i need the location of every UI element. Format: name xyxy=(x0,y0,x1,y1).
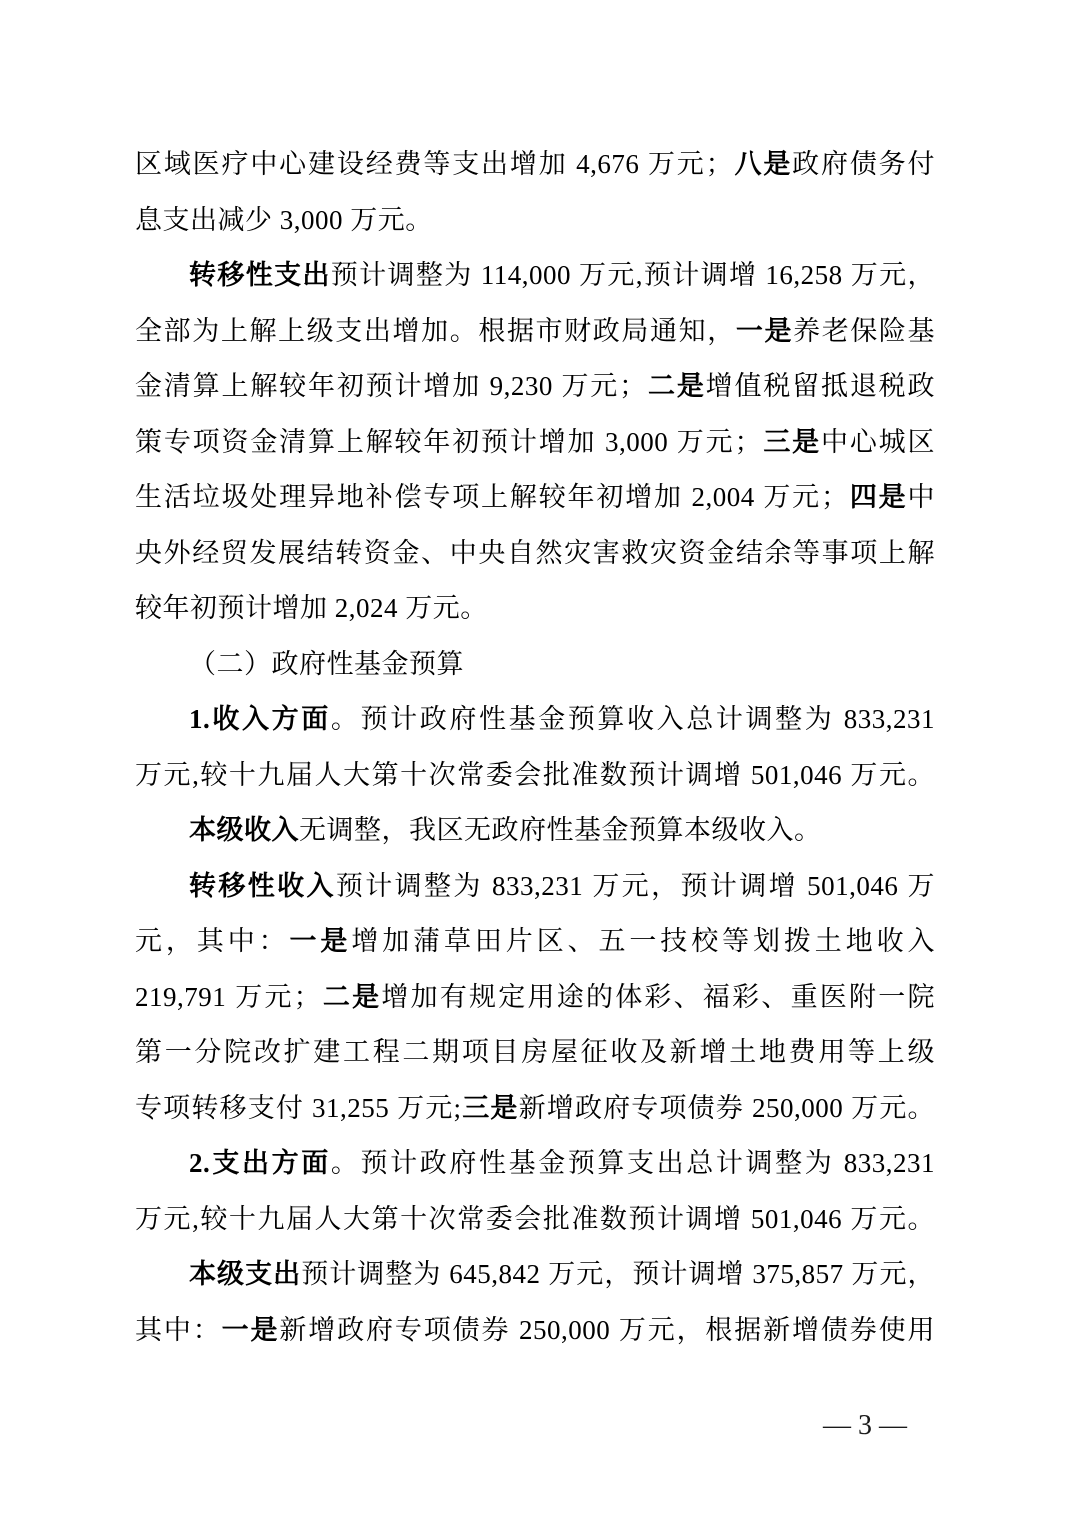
text-line: 金清算上解较年初预计增加 9,230 万元；二是增值税留抵退税政 xyxy=(135,359,935,415)
text-line: 万元,较十九届人大第十次常委会批准数预计调增 501,046 万元。 xyxy=(135,748,935,804)
text-run: 养老保险基 xyxy=(793,316,935,346)
bold-run: 一是 xyxy=(222,1315,280,1345)
bold-run: 2.支出方面 xyxy=(189,1148,331,1178)
text-line: 生活垃圾处理异地补偿专项上解较年初增加 2,004 万元；四是中 xyxy=(135,470,935,526)
text-run: 。预计政府性基金预算支出总计调整为 833,231 xyxy=(331,1148,935,1178)
text-line: 转移性支出预计调整为 114,000 万元,预计调增 16,258 万元， xyxy=(135,248,935,304)
text-run: 全部为上解上级支出增加。根据市财政局通知， xyxy=(135,316,736,346)
text-run: 中心城区 xyxy=(821,427,935,457)
text-line: 本级支出预计调整为 645,842 万元，预计调增 375,857 万元， xyxy=(135,1247,935,1303)
text-run: 策专项资金清算上解较年初预计增加 3,000 万元； xyxy=(135,427,762,457)
text-run: 中 xyxy=(908,482,936,512)
bold-run: 二是 xyxy=(647,371,706,401)
bold-run: 一是 xyxy=(290,926,352,956)
text-line: 万元,较十九届人大第十次常委会批准数预计调增 501,046 万元。 xyxy=(135,1192,935,1248)
text-line: 区域医疗中心建设经费等支出增加 4,676 万元；八是政府债务付 xyxy=(135,137,935,193)
text-run: 区域医疗中心建设经费等支出增加 4,676 万元； xyxy=(135,149,733,179)
text-run: 息支出减少 3,000 万元。 xyxy=(135,205,433,235)
text-run: 元，其中： xyxy=(135,926,290,956)
text-run: （二）政府性基金预算 xyxy=(189,649,464,679)
text-line: 息支出减少 3,000 万元。 xyxy=(135,193,935,249)
text-run: 219,791 万元； xyxy=(135,982,321,1012)
bold-run: 四是 xyxy=(849,482,908,512)
text-line: 本级收入无调整，我区无政府性基金预算本级收入。 xyxy=(135,803,935,859)
document-page: 区域医疗中心建设经费等支出增加 4,676 万元；八是政府债务付息支出减少 3,… xyxy=(0,0,1074,1520)
text-run: 新增政府专项债券 250,000 万元。 xyxy=(519,1093,935,1123)
text-run: 政府债务付 xyxy=(792,149,935,179)
bold-run: 本级支出 xyxy=(189,1259,301,1289)
text-line: 转移性收入预计调整为 833,231 万元，预计调增 501,046 万 xyxy=(135,859,935,915)
bold-run: 三是 xyxy=(762,427,821,457)
bold-run: 转移性收入 xyxy=(189,871,336,901)
bold-run: 本级收入 xyxy=(189,815,299,845)
text-run: 无调整，我区无政府性基金预算本级收入。 xyxy=(299,815,822,845)
text-line: 央外经贸发展结转资金、中央自然灾害救灾资金结余等事项上解 xyxy=(135,526,935,582)
text-line: 其中：一是新增政府专项债券 250,000 万元，根据新增债券使用 xyxy=(135,1303,935,1359)
bold-run: 转移性支出 xyxy=(189,260,331,290)
bold-run: 八是 xyxy=(733,149,792,179)
text-run: 增值税留抵退税政 xyxy=(706,371,935,401)
text-line: 元，其中：一是增加蒲草田片区、五一技校等划拨土地收入 xyxy=(135,914,935,970)
text-line: 全部为上解上级支出增加。根据市财政局通知，一是养老保险基 xyxy=(135,304,935,360)
text-run: 预计调整为 114,000 万元,预计调增 16,258 万元， xyxy=(331,260,935,290)
bold-run: 二是 xyxy=(321,982,381,1012)
text-run: 其中： xyxy=(135,1315,222,1345)
text-run: 第一分院改扩建工程二期项目房屋征收及新增土地费用等上级 xyxy=(135,1037,935,1067)
text-line: 219,791 万元；二是增加有规定用途的体彩、福彩、重医附一院 xyxy=(135,970,935,1026)
text-run: 万元,较十九届人大第十次常委会批准数预计调增 501,046 万元。 xyxy=(135,760,935,790)
bold-run: 一是 xyxy=(736,316,793,346)
text-run: 新增政府专项债券 250,000 万元，根据新增债券使用 xyxy=(279,1315,935,1345)
text-line: 专项转移支付 31,255 万元;三是新增政府专项债券 250,000 万元。 xyxy=(135,1081,935,1137)
text-line: （二）政府性基金预算 xyxy=(135,637,935,693)
text-line: 较年初预计增加 2,024 万元。 xyxy=(135,581,935,637)
text-line: 第一分院改扩建工程二期项目房屋征收及新增土地费用等上级 xyxy=(135,1025,935,1081)
text-run: 预计调整为 833,231 万元，预计调增 501,046 万 xyxy=(336,871,935,901)
document-body: 区域医疗中心建设经费等支出增加 4,676 万元；八是政府债务付息支出减少 3,… xyxy=(135,137,935,1358)
text-run: 央外经贸发展结转资金、中央自然灾害救灾资金结余等事项上解 xyxy=(135,538,935,568)
text-run: 金清算上解较年初预计增加 9,230 万元； xyxy=(135,371,647,401)
text-run: 专项转移支付 31,255 万元; xyxy=(135,1093,462,1123)
text-run: 生活垃圾处理异地补偿专项上解较年初增加 2,004 万元； xyxy=(135,482,849,512)
text-line: 1.收入方面。预计政府性基金预算收入总计调整为 833,231 xyxy=(135,692,935,748)
text-line: 2.支出方面。预计政府性基金预算支出总计调整为 833,231 xyxy=(135,1136,935,1192)
text-run: 增加有规定用途的体彩、福彩、重医附一院 xyxy=(381,982,935,1012)
text-run: 增加蒲草田片区、五一技校等划拨土地收入 xyxy=(351,926,935,956)
text-line: 策专项资金清算上解较年初预计增加 3,000 万元；三是中心城区 xyxy=(135,415,935,471)
text-run: 万元,较十九届人大第十次常委会批准数预计调增 501,046 万元。 xyxy=(135,1204,935,1234)
bold-run: 1.收入方面 xyxy=(189,704,331,734)
bold-run: 三是 xyxy=(462,1093,519,1123)
text-run: 较年初预计增加 2,024 万元。 xyxy=(135,593,488,623)
page-number: — 3 — xyxy=(823,1410,907,1441)
text-run: 预计调整为 645,842 万元，预计调增 375,857 万元， xyxy=(301,1259,935,1289)
text-run: 。预计政府性基金预算收入总计调整为 833,231 xyxy=(331,704,935,734)
page-footer: — 3 — xyxy=(0,1404,907,1448)
